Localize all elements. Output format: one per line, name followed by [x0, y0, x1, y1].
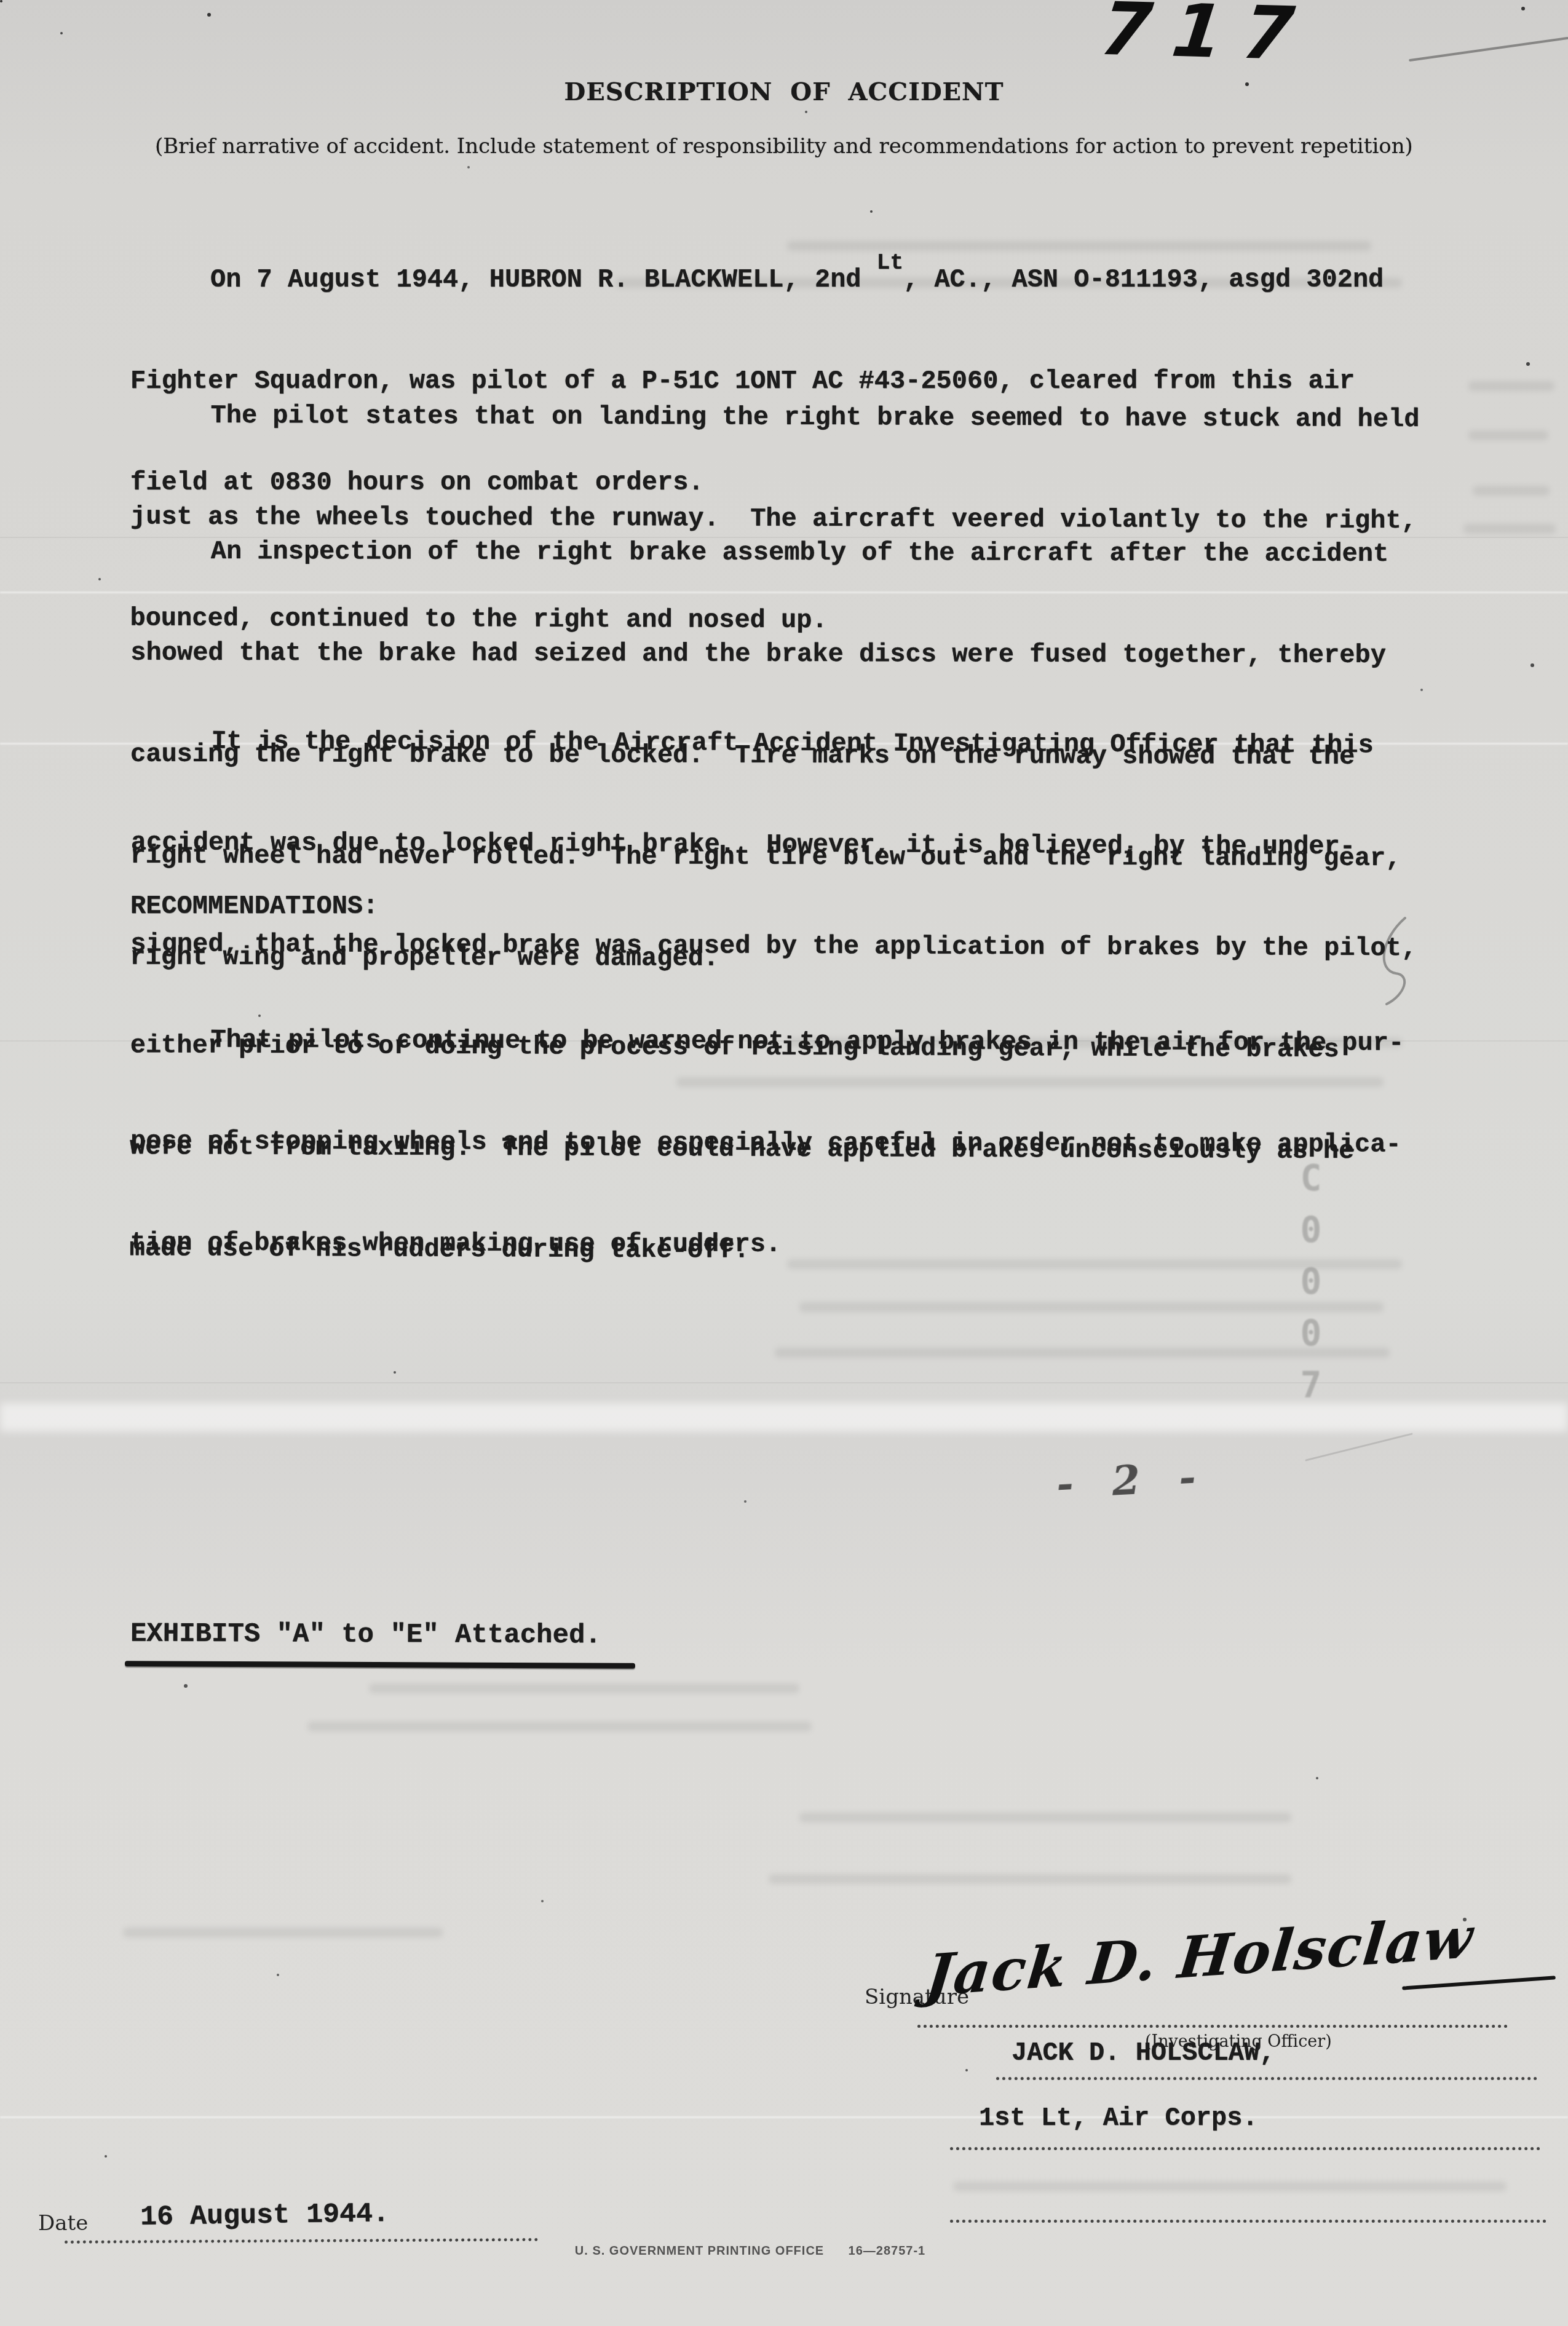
extra-dotted-line — [950, 2220, 1546, 2223]
paragraph-1-line-1: On 7 August 1944, HUBRON R. BLACKWELL, 2… — [130, 263, 1483, 297]
bleed-through-stamp: C0007 — [1290, 1157, 1332, 1415]
signature-script: Jack D. Holsclaw — [922, 1904, 1477, 2009]
bleed-through-line — [953, 2182, 1507, 2191]
scan-light-band — [0, 1403, 1568, 1431]
signature-flourish — [1402, 1976, 1556, 1990]
scan-streak-dark — [0, 1382, 1568, 1383]
date-value: 16 August 1944. — [140, 2197, 390, 2234]
recommendations-line-2: pose of stopping wheels and to be especi… — [130, 1125, 1483, 1162]
page-title: DESCRIPTION OF ACCIDENT — [0, 77, 1568, 106]
bleed-through-line — [1473, 486, 1550, 496]
p1-l1-post: , AC., ASN O-811193, asgd 302nd — [903, 265, 1384, 295]
bleed-through-line — [769, 1874, 1291, 1884]
paper-specks — [0, 0, 2, 2]
scan-streak — [0, 2116, 1568, 2118]
paragraph-2-line-1: The pilot states that on landing the rig… — [130, 399, 1483, 437]
date-dotted-line — [65, 2238, 538, 2244]
typed-name-dotted-line — [996, 2077, 1537, 2080]
recommendations-heading: RECOMMENDATIONS: — [130, 890, 378, 924]
recommendations-line-1: That pilots continue to be warned not to… — [130, 1023, 1483, 1061]
signature-dotted-line — [917, 2025, 1508, 2028]
handwritten-number: 717 — [1088, 0, 1328, 77]
scanned-accident-report-page: 717 DESCRIPTION OF ACCIDENT (Brief narra… — [0, 0, 1568, 2326]
exhibits-line: EXHIBITS "A" to "E" Attached. — [130, 1618, 601, 1653]
p1-l1-pre: On 7 August 1944, HUBRON R. BLACKWELL, 2… — [210, 265, 877, 295]
recommendations-paragraph: That pilots continue to be warned not to… — [130, 955, 1484, 1331]
paragraph-4-line-2: accident was due to locked right brake. … — [131, 826, 1484, 864]
pencil-mark — [1409, 37, 1568, 61]
recommendations-line-3: tion of brakes when making use of rudder… — [130, 1226, 1483, 1264]
bleed-through-line — [307, 1722, 812, 1731]
p1-l1-superscript: Lt — [877, 250, 903, 275]
exhibits-underline — [125, 1661, 635, 1669]
handwritten-page-number: - 2 - — [1055, 1452, 1209, 1508]
paragraph-4-line-1: It is the decision of the Aircraft Accid… — [131, 724, 1484, 763]
page-subtitle: (Brief narrative of accident. Include st… — [0, 134, 1568, 159]
paragraph-3-line-1: An inspection of the right brake assembl… — [131, 535, 1484, 572]
bleed-through-line — [799, 1813, 1291, 1822]
signature-typed-rank: 1st Lt, Air Corps. — [979, 2102, 1258, 2135]
pencil-mark — [1305, 1433, 1412, 1461]
bleed-through-line — [369, 1683, 799, 1693]
printing-office-footer: U. S. GOVERNMENT PRINTING OFFICE 16—2875… — [541, 2244, 959, 2258]
signature-typed-name: JACK D. HOLSCLAW, — [1012, 2036, 1275, 2070]
bleed-through-line — [123, 1928, 443, 1937]
date-label: Date — [38, 2211, 88, 2236]
rank-dotted-line — [950, 2147, 1540, 2150]
